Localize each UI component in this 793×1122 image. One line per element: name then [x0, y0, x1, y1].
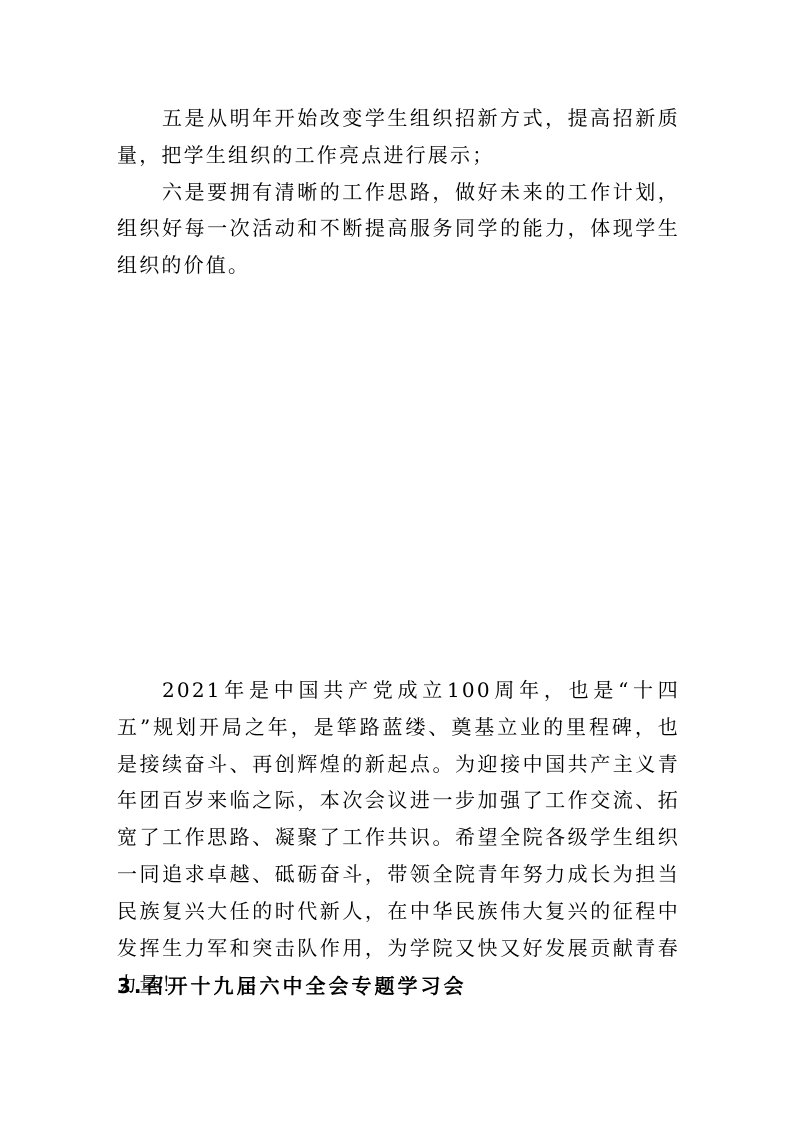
section-heading: 3.召开十九届六中全会专题学习会: [117, 968, 680, 1005]
text-block-recruitment: 五是从明年开始改变学生组织招新方式，提高招新质量，把学生组织的工作亮点进行展示；…: [117, 100, 680, 284]
paragraph-summary-2021: 2021年是中国共产党成立100周年，也是“十四五”规划开局之年，是筚路蓝缕、奠…: [117, 672, 680, 1003]
document-page: 五是从明年开始改变学生组织招新方式，提高招新质量，把学生组织的工作亮点进行展示；…: [0, 0, 793, 1122]
paragraph-point-five: 五是从明年开始改变学生组织招新方式，提高招新质量，把学生组织的工作亮点进行展示；: [117, 100, 680, 174]
text-block-summary: 2021年是中国共产党成立100周年，也是“十四五”规划开局之年，是筚路蓝缕、奠…: [117, 672, 680, 1003]
paragraph-point-six: 六是要拥有清晰的工作思路，做好未来的工作计划，组织好每一次活动和不断提高服务同学…: [117, 174, 680, 284]
